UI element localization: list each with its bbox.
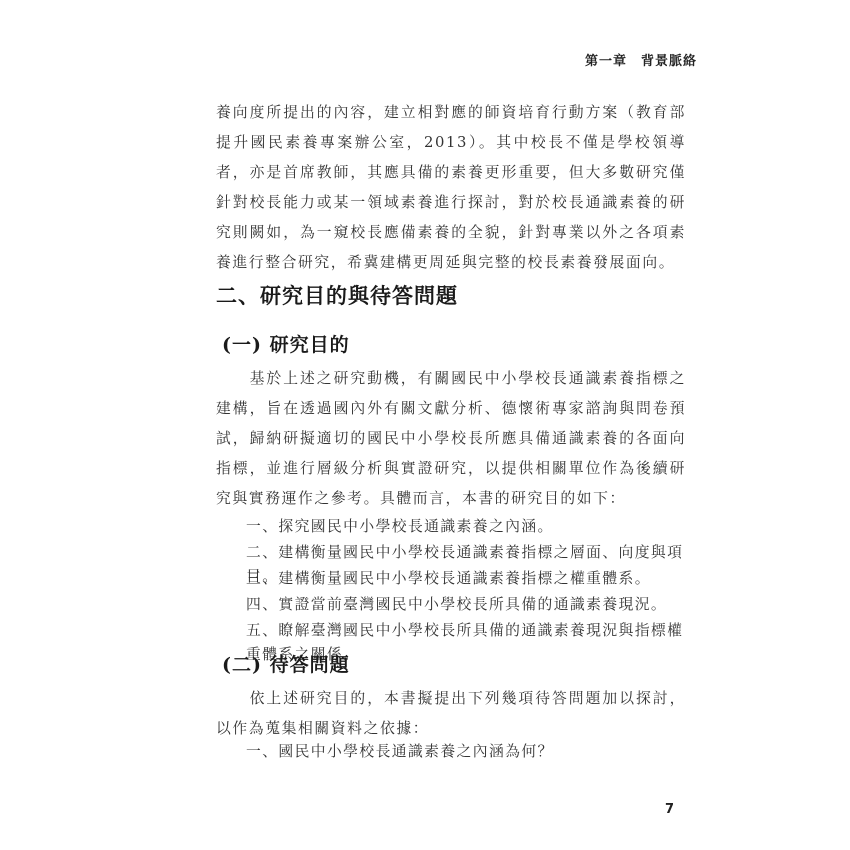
purpose-item: 三、建構衡量國民中小學校長通識素養指標之權重體系。 <box>246 567 686 591</box>
purpose-paragraph: 基於上述之研究動機，有關國民中小學校長通識素養指標之建構，旨在透過國內外有關文獻… <box>216 364 686 514</box>
purpose-item: 一、探究國民中小學校長通識素養之內涵。 <box>246 515 686 539</box>
chapter-title: 背景脈絡 <box>641 54 697 69</box>
page-number: 7 <box>665 802 674 817</box>
questions-paragraph: 依上述研究目的，本書擬提出下列幾項待答問題加以探討，以作為蒐集相關資料之依據： <box>216 684 686 744</box>
chapter-number: 第一章 <box>585 54 627 69</box>
intro-paragraph: 養向度所提出的內容，建立相對應的師資培育行動方案（教育部提升國民素養專案辦公室，… <box>216 98 686 278</box>
subsection-heading-purpose: (一) 研究目的 <box>222 330 350 357</box>
question-item: 一、國民中小學校長通識素養之內涵為何？ <box>246 740 686 764</box>
purpose-item: 四、實證當前臺灣國民中小學校長所具備的通識素養現況。 <box>246 593 686 617</box>
section-heading: 二、研究目的與待答問題 <box>216 280 458 310</box>
subsection-heading-questions: (二) 待答問題 <box>222 650 350 677</box>
running-header: 第一章背景脈絡 <box>585 50 697 69</box>
